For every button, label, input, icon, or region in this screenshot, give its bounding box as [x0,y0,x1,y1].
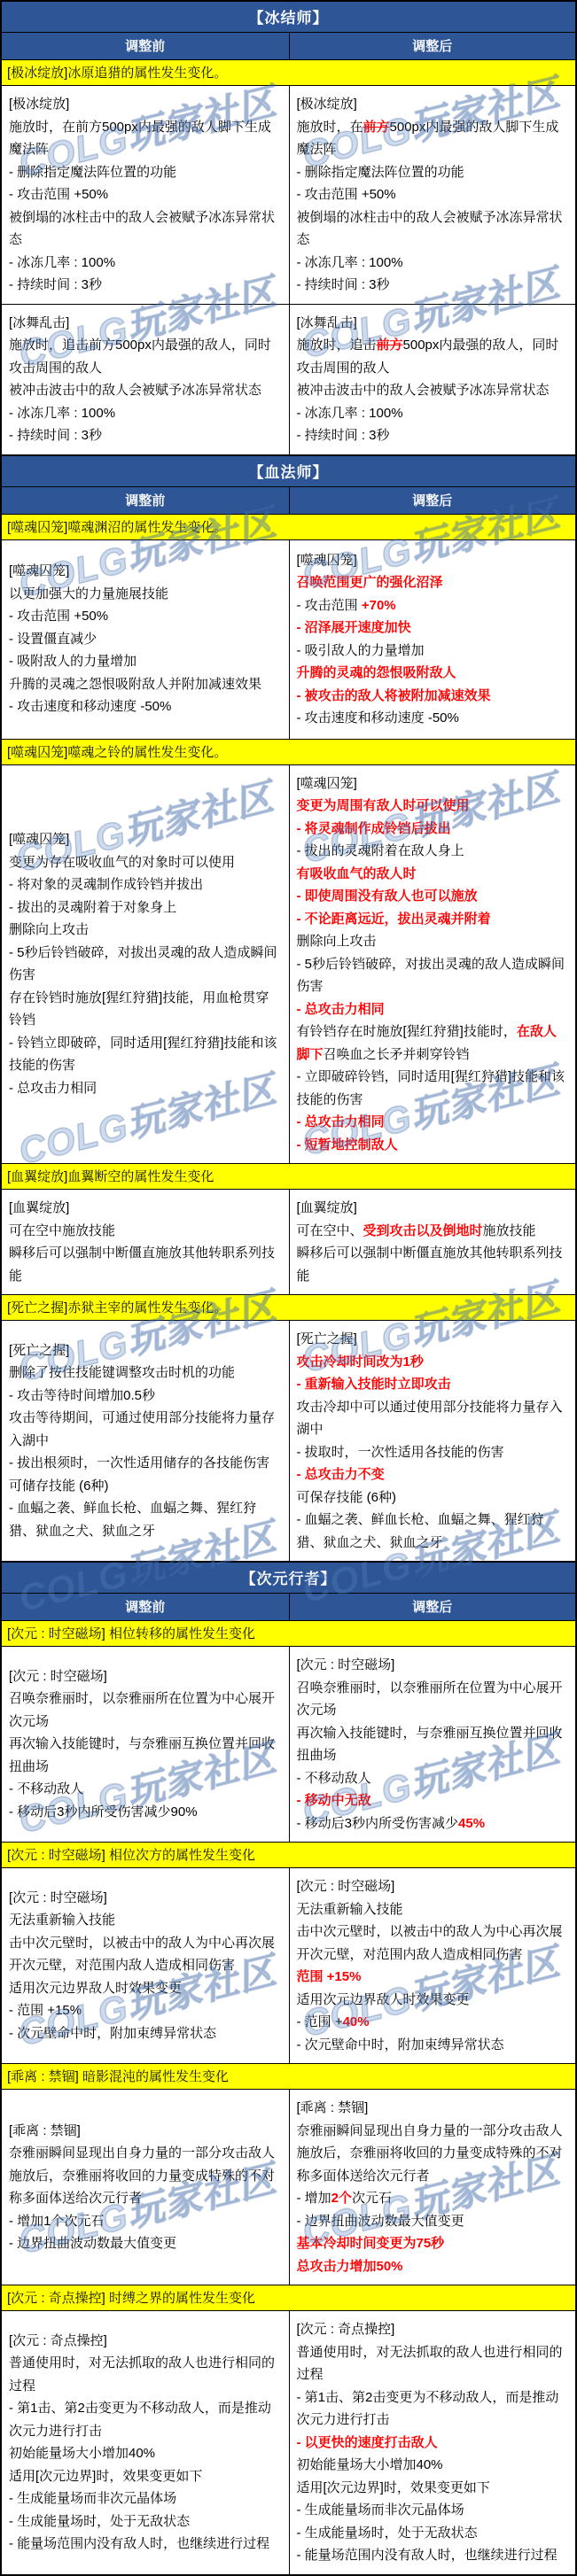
changed-text-segment: - 总攻击力相同 [297,1002,385,1017]
skill-line: - 铃铛立即破碎，同时适用[猩红狩猎]技能和该技能的伤害 [9,1032,282,1077]
skill-line: [死亡之握] [297,1328,569,1351]
comparison-row: [次元 : 奇点操控]普通使用时，对无法抓取的敌人也进行相同的过程- 第1击、第… [2,2311,575,2574]
after-cell: [次元 : 时空磁场]召唤奈雅丽时，以奈雅丽所在位置为中心展开次元场再次输入技能… [289,1647,576,1842]
text-segment: 奈雅丽瞬间显现出自身力量的一部分攻击敌人 [9,2145,275,2161]
skill-line: 可在空中施放技能 [9,1220,282,1243]
after-cell: [次元 : 奇点操控]普通使用时，对无法抓取的敌人也进行相同的过程- 第1击、第… [289,2311,576,2574]
text-segment: 施放后，奈雅丽将收回的力量变成特殊的不对称多面体送给次元行者 [9,2169,275,2207]
skill-line: 删除了按住技能键调整攻击时机的功能 [9,1362,282,1385]
changed-text-segment: 前方 [363,120,390,135]
text-segment: 无法重新输入技能 [297,1902,403,1917]
after-cell: [冰舞乱击]施放时，追击前方500px内最强的敌人，同时攻击周围的敌人被冲击波击… [289,305,576,454]
text-segment: - 持续时间 : 3秒 [297,428,390,443]
changed-text-segment: - 移动中无敌 [297,1793,371,1808]
skill-line: - 血蝠之袭、鲜血长枪、血蝠之舞、猩红狩猎、狱血之犬、狱血之牙 [9,1497,282,1542]
text-segment: - 范围 +15% [9,2003,82,2018]
skill-line: [次元 : 时空磁场] [297,1654,569,1677]
text-segment: [血翼绽放] [297,1200,357,1215]
patch-notes-page: 【冰结师】调整前调整后[极冰绽放]冰原追猎的属性发生变化。[极冰绽放]施放时，在… [0,0,577,2576]
skill-line: [次元 : 时空磁场] [297,1875,569,1898]
skill-line: [噬魂囚笼] [9,560,282,583]
skill-line: - 增加2个次元石 [297,2187,569,2210]
skill-line: - 立即破碎铃铛，同时适用[猩红狩猎]技能和该技能的伤害 [297,1066,569,1111]
changed-text-segment: - 重新输入技能时立即攻击 [297,1377,451,1392]
skill-line: 总攻击力增加50% [297,2255,569,2278]
skill-line: - 攻击范围 +50% [9,605,282,628]
skill-line: [噬魂囚笼] [297,549,569,572]
skill-line: 适用次元边界敌人时效果变更 [297,1989,569,2012]
text-segment: 被倒塌的冰柱击中的敌人会被赋予冰冻异常状态 [297,210,563,248]
text-segment: [次元 : 时空磁场] [297,1879,395,1894]
skill-line: 召唤奈雅丽时，以奈雅丽所在位置为中心展开次元场 [9,1688,282,1733]
changed-text-segment: 总攻击力增加50% [297,2259,403,2274]
skill-line: - 即使周围没有敌人也可以施放 [297,885,569,908]
before-cell: [死亡之握]删除了按住技能键调整攻击时机的功能- 攻击等待时间增加0.5秒攻击等… [2,1321,289,1561]
skill-line: - 5秒后铃铛破碎，对拔出灵魂的敌人造成瞬间伤害 [297,953,569,998]
skill-line: - 持续时间 : 3秒 [297,424,569,447]
text-segment: - 增加 [297,2191,331,2206]
change-note: [噬魂囚笼]噬魂渊沼的属性发生变化。 [2,515,575,540]
text-segment: - 生成能量场而非次元晶体场 [297,2502,464,2518]
text-segment: - 冰冻几率 : 100% [9,255,115,270]
text-segment: - 边界扭曲波动数最大值变更 [9,2236,176,2251]
skill-line: - 攻击速度和移动速度 -50% [297,707,569,730]
skill-line: - 拔取时，一次性适用各技能的伤害 [297,1441,569,1464]
text-segment: [次元 : 时空磁场] [297,1657,395,1672]
before-cell: [噬魂囚笼]变更为存在吸收血气的对象时可以使用- 将对象的灵魂制作成铃铛并拔出-… [2,765,289,1164]
comparison-row: [噬魂囚笼]以更加强大的力量施展技能- 攻击范围 +50%- 设置僵直减少- 吸… [2,540,575,740]
skill-line: 奈雅丽瞬间显现出自身力量的一部分攻击敌人 [9,2142,282,2165]
skill-line: - 能量场范围内没有敌人时，也继续进行过程 [9,2533,282,2556]
text-segment: 可在空中施放技能 [9,1223,115,1238]
text-segment: - 总攻击力相同 [9,1081,97,1096]
skill-line: - 能量场范围内没有敌人时，也继续进行过程 [297,2544,569,2567]
changed-text-segment: 基本冷却时间变更为75秒 [297,2236,445,2251]
skill-line: 施放后，奈雅丽将收回的力量变成特殊的不对称多面体送给次元行者 [297,2142,569,2187]
text-segment: 瞬移后可以强制中断僵直施放其他转职系列技能 [297,1245,563,1284]
patch-table: 【冰结师】调整前调整后[极冰绽放]冰原追猎的属性发生变化。[极冰绽放]施放时，在… [2,2,575,2574]
text-segment: 次元石 [352,2191,392,2206]
skill-line: 瞬移后可以强制中断僵直施放其他转职系列技能 [297,1242,569,1287]
skill-line: 适用次元边界敌人时效果变更 [9,1977,282,2000]
skill-line: - 将对象的灵魂制作成铃铛并拔出 [9,873,282,896]
text-segment: [血翼绽放] [9,1200,69,1215]
text-segment: 被倒塌的冰柱击中的敌人会被赋予冰冻异常状态 [9,210,275,248]
text-segment: [死亡之握] [297,1331,357,1346]
skill-line: - 冰冻几率 : 100% [9,252,282,275]
skill-line: 删除向上攻击 [9,919,282,942]
after-cell: [血翼绽放]可在空中、受到攻击以及倒地时施放技能瞬移后可以强制中断僵直施放其他转… [289,1190,576,1294]
skill-line: [冰舞乱击] [9,312,282,335]
comparison-row: [乖离 : 禁锢]奈雅丽瞬间显现出自身力量的一部分攻击敌人施放后，奈雅丽将收回的… [2,2090,575,2285]
text-segment: - 次元壁命中时，附加束缚异常状态 [9,2026,216,2041]
skill-line: 范围 +15% [297,1966,569,1989]
skill-line: [血翼绽放] [297,1197,569,1220]
before-cell: [冰舞乱击]施放时，追击前方500px内最强的敌人，同时攻击周围的敌人被冲击波击… [2,305,289,454]
col-header-after: 调整后 [289,1594,576,1620]
after-cell: [死亡之握]攻击冷却时间改为1秒- 重新输入技能时立即攻击攻击冷却中可以通过使用… [289,1321,576,1561]
text-segment: [噬魂囚笼] [9,563,69,578]
changed-text-segment: - 短暂地控制敌人 [297,1137,398,1152]
change-note: [血翼绽放]血翼断空的属性发生变化 [2,1164,575,1190]
skill-line: 攻击等待期间，可通过使用部分技能将力量存入湖中 [9,1407,282,1452]
skill-line: 无法重新输入技能 [9,1909,282,1932]
skill-line: - 生成能量场时，处于无敌状态 [297,2522,569,2545]
skill-line: - 持续时间 : 3秒 [297,274,569,297]
text-segment: 可储存技能 (6种) [9,1478,109,1494]
column-header-row: 调整前调整后 [2,1594,575,1621]
text-segment: 删除了按住技能键调整攻击时机的功能 [9,1365,235,1380]
before-cell: [极冰绽放]施放时，在前方500px内最强的敌人脚下生成魔法阵- 删除指定魔法阵… [2,86,289,304]
after-cell: [乖离 : 禁锢]奈雅丽瞬间显现出自身力量的一部分攻击敌人施放后，奈雅丽将收回的… [289,2090,576,2285]
skill-line: 击中次元壁时，以被击中的敌人为中心再次展开次元壁，对范围内敌人造成相同伤害 [9,1932,282,1977]
changed-text-segment: 召唤范围更广的强化沼泽 [297,575,443,590]
skill-line: 召唤奈雅丽时，以奈雅丽所在位置为中心展开次元场 [297,1677,569,1722]
skill-line: 召唤范围更广的强化沼泽 [297,571,569,594]
column-header-row: 调整前调整后 [2,487,575,515]
skill-line: - 不论距离远近，拔出灵魂并附着 [297,908,569,931]
skill-line: 被倒塌的冰柱击中的敌人会被赋予冰冻异常状态 [297,206,569,252]
col-header-after: 调整后 [289,487,576,514]
text-segment: - 生成能量场时，处于无敌状态 [9,2514,190,2529]
text-segment: 初始能量场大小增加40% [9,2446,155,2461]
text-segment: - 吸引敌人的力量增加 [297,643,425,658]
skill-line: 普通使用时，对无法抓取的敌人也进行相同的过程 [9,2352,282,2397]
skill-line: 被冲击波击中的敌人会被赋予冰冻异常状态 [297,379,569,402]
skill-line: - 生成能量场而非次元晶体场 [9,2487,282,2510]
text-segment: 普通使用时，对无法抓取的敌人也进行相同的过程 [9,2355,275,2394]
skill-line: - 次元壁命中时，附加束缚异常状态 [297,2034,569,2057]
text-segment: 可保存技能 (6种) [297,1490,397,1505]
text-segment: 再次输入技能键时，与奈雅丽互换位置并回收扭曲场 [9,1736,275,1774]
text-segment: 被冲击波击中的敌人会被赋予冰冻异常状态 [297,383,550,398]
skill-line: - 吸引敌人的力量增加 [297,640,569,663]
text-segment: - 生成能量场时，处于无敌状态 [297,2526,478,2541]
changed-text-segment: - 以更快的速度打击敌人 [297,2435,438,2450]
text-segment: 击中次元壁时，以被击中的敌人为中心再次展开次元壁，对范围内敌人造成相同伤害 [297,1924,563,1962]
text-segment: 瞬移后可以强制中断僵直施放其他转职系列技能 [9,1245,275,1284]
after-cell: [噬魂囚笼]变更为周围有敌人时可以使用- 将灵魂制作成铃铛后拔出- 拔出的灵魂附… [289,765,576,1164]
text-segment: 召唤血之长矛并刺穿铃铛 [324,1047,470,1062]
skill-line: 击中次元壁时，以被击中的敌人为中心再次展开次元壁，对范围内敌人造成相同伤害 [297,1920,569,1966]
skill-line: [噬魂囚笼] [9,828,282,851]
skill-line: 攻击冷却中可以通过使用部分技能将力量存入湖中 [297,1396,569,1441]
text-segment: [次元 : 奇点操控] [9,2333,107,2348]
text-segment: - 边界扭曲波动数最大值变更 [297,2214,464,2229]
comparison-row: [血翼绽放]可在空中施放技能瞬移后可以强制中断僵直施放其他转职系列技能[血翼绽放… [2,1190,575,1295]
text-segment: - 移动后3秒内所受伤害减少 [297,1816,459,1831]
text-segment: 适用次元边界敌人时效果变更 [9,1981,182,1996]
skill-line: - 以更快的速度打击敌人 [297,2432,569,2455]
text-segment: 被冲击波击中的敌人会被赋予冰冻异常状态 [9,383,261,398]
skill-line: [次元 : 时空磁场] [9,1665,282,1688]
skill-line: 有铃铛存在时施放[猩红狩猎]技能时，在敌人脚下召唤血之长矛并刺穿铃铛 [297,1020,569,1066]
change-note: [极冰绽放]冰原追猎的属性发生变化。 [2,60,575,86]
skill-line: - 持续时间 : 3秒 [9,274,282,297]
changed-text-segment: 有吸收血气的敌人时 [297,866,417,881]
after-cell: [极冰绽放]施放时，在前方500px内最强的敌人脚下生成魔法阵- 删除指定魔法阵… [289,86,576,304]
comparison-row: [冰舞乱击]施放时，追击前方500px内最强的敌人，同时攻击周围的敌人被冲击波击… [2,305,575,455]
after-cell: [次元 : 时空磁场]无法重新输入技能击中次元壁时，以被击中的敌人为中心再次展开… [289,1868,576,2063]
text-segment: 施放后，奈雅丽将收回的力量变成特殊的不对称多面体送给次元行者 [297,2145,563,2184]
text-segment: 施放技能 [483,1223,536,1238]
skill-line: - 第1击、第2击变更为不移动敌人，而是推动次元力进行打击 [9,2397,282,2442]
skill-line: - 拔出根须时，一次性适用储存的各技能伤害 [9,1452,282,1475]
skill-line: 可在空中、受到攻击以及倒地时施放技能 [297,1220,569,1243]
text-segment: 变更为存在吸收血气的对象时可以使用 [9,855,235,870]
text-segment: - 将对象的灵魂制作成铃铛并拔出 [9,877,203,892]
skill-line: - 沼泽展开速度加快 [297,617,569,640]
skill-line: - 移动后3秒内所受伤害减少90% [9,1801,282,1824]
changed-text-segment: - 被攻击的敌人将被附加减速效果 [297,688,491,703]
skill-line: - 总攻击力不变 [297,1463,569,1486]
skill-line: - 吸附敌人的力量增加 [9,650,282,673]
text-segment: - 冰冻几率 : 100% [9,406,115,421]
skill-line: 再次输入技能键时，与奈雅丽互换位置并回收扭曲场 [297,1722,569,1767]
text-segment: 攻击等待期间，可通过使用部分技能将力量存入湖中 [9,1410,275,1448]
skill-line: - 总攻击力相同 [9,1077,282,1100]
text-segment: - 冰冻几率 : 100% [297,255,403,270]
skill-line: - 生成能量场而非次元晶体场 [297,2499,569,2522]
text-segment: - 5秒后铃铛破碎，对拔出灵魂的敌人造成瞬间伤害 [297,957,565,995]
text-segment: - 能量场范围内没有敌人时，也继续进行过程 [9,2536,269,2551]
skill-line: - 不移动敌人 [297,1767,569,1790]
skill-line: - 攻击范围 +70% [297,594,569,617]
skill-line: - 范围 +15% [9,1999,282,2022]
skill-line: - 5秒后铃铛破碎，对拔出灵魂的敌人造成瞬间伤害 [9,942,282,987]
text-segment: - 移动后3秒内所受伤害减少90% [9,1804,198,1819]
comparison-row: [次元 : 时空磁场]召唤奈雅丽时，以奈雅丽所在位置为中心展开次元场再次输入技能… [2,1647,575,1843]
skill-line: 升腾的灵魂的怨恨吸附敌人 [297,662,569,685]
text-segment: 初始能量场大小增加40% [297,2457,443,2472]
text-segment: - 拔取时，一次性适用各技能的伤害 [297,1445,504,1460]
changed-text-segment: - 即使周围没有敌人也可以施放 [297,888,478,904]
text-segment: - 第1击、第2击变更为不移动敌人，而是推动次元力进行打击 [9,2401,271,2439]
skill-line: - 拔出的灵魂附着在敌人身上 [297,840,569,863]
text-segment: 可在空中、 [297,1223,363,1238]
text-segment: 存在铃铛时施放[猩红狩猎]技能，用血枪贯穿铃铛 [9,990,269,1028]
text-segment: - 持续时间 : 3秒 [9,277,102,292]
skill-line: - 短暂地控制敌人 [297,1134,569,1157]
text-segment: - 不移动敌人 [9,1781,83,1796]
text-segment: [次元 : 奇点操控] [297,2322,395,2337]
col-header-before: 调整前 [2,487,289,514]
skill-line: [噬魂囚笼] [297,772,569,795]
before-cell: [次元 : 时空磁场]无法重新输入技能击中次元壁时，以被击中的敌人为中心再次展开… [2,1868,289,2063]
skill-line: - 移动中无敌 [297,1789,569,1812]
text-segment: - 血蝠之袭、鲜血长枪、血蝠之舞、猩红狩猎、狱血之犬、狱血之牙 [297,1512,544,1550]
skill-line: 瞬移后可以强制中断僵直施放其他转职系列技能 [9,1242,282,1287]
col-header-before: 调整前 [2,1594,289,1620]
text-segment: 再次输入技能键时，与奈雅丽互换位置并回收扭曲场 [297,1726,563,1764]
text-segment: 施放时，在前方500px内最强的敌人脚下生成魔法阵 [9,120,271,158]
changed-text-segment: 前方 [377,338,403,353]
skill-line: - 攻击范围 +50% [9,183,282,206]
text-segment: - 拔出的灵魂附着于对象身上 [9,900,176,915]
text-segment: - 血蝠之袭、鲜血长枪、血蝠之舞、猩红狩猎、狱血之犬、狱血之牙 [9,1501,256,1539]
before-cell: [乖离 : 禁锢]奈雅丽瞬间显现出自身力量的一部分攻击敌人施放后，奈雅丽将收回的… [2,2090,289,2285]
section-title: 【血法师】 [2,455,575,487]
text-segment: [次元 : 时空磁场] [9,1890,107,1905]
text-segment: - 删除指定魔法阵位置的功能 [9,165,176,180]
skill-line: 初始能量场大小增加40% [297,2454,569,2477]
skill-line: - 总攻击力相同 [297,998,569,1021]
skill-line: [次元 : 奇点操控] [297,2318,569,2341]
change-note: [次元 : 时空磁场] 相位次方的属性发生变化 [2,1843,575,1868]
skill-line: 施放时，在前方500px内最强的敌人脚下生成魔法阵 [9,116,282,161]
skill-line: - 冰冻几率 : 100% [9,402,282,425]
skill-line: 以更加强大的力量施展技能 [9,583,282,606]
text-segment: [死亡之握] [9,1343,69,1358]
before-cell: [噬魂囚笼]以更加强大的力量施展技能- 攻击范围 +50%- 设置僵直减少- 吸… [2,540,289,739]
text-segment: - 持续时间 : 3秒 [9,428,102,443]
skill-line: 无法重新输入技能 [297,1898,569,1921]
changed-text-segment: 升腾的灵魂的怨恨吸附敌人 [297,665,456,680]
text-segment: - 攻击范围 +50% [9,187,108,202]
text-segment: - 5秒后铃铛破碎，对拔出灵魂的敌人造成瞬间伤害 [9,945,277,983]
skill-line: - 被攻击的敌人将被附加减速效果 [297,685,569,708]
skill-line: 施放后，奈雅丽将收回的力量变成特殊的不对称多面体送给次元行者 [9,2165,282,2210]
text-segment: - 攻击范围 +50% [9,609,108,624]
text-segment: 适用次元边界敌人时效果变更 [297,1992,470,2007]
before-cell: [次元 : 时空磁场]召唤奈雅丽时，以奈雅丽所在位置为中心展开次元场再次输入技能… [2,1647,289,1842]
skill-line: [乖离 : 禁锢] [297,2097,569,2120]
skill-line: 被冲击波击中的敌人会被赋予冰冻异常状态 [9,379,282,402]
text-segment: 召唤奈雅丽时，以奈雅丽所在位置为中心展开次元场 [297,1680,563,1719]
skill-line: - 冰冻几率 : 100% [297,402,569,425]
skill-line: 攻击冷却时间改为1秒 [297,1351,569,1374]
text-segment: [乖离 : 禁锢] [9,2123,81,2138]
skill-line: - 攻击等待时间增加0.5秒 [9,1385,282,1408]
changed-text-segment: 45% [458,1816,485,1831]
skill-line: - 将灵魂制作成铃铛后拔出 [297,818,569,841]
changed-text-segment: - 不论距离远近，拔出灵魂并附着 [297,912,491,927]
changed-text-segment: - 总攻击力不变 [297,1467,385,1482]
text-segment: - 生成能量场而非次元晶体场 [9,2491,176,2506]
text-segment: - 第1击、第2击变更为不移动敌人，而是推动次元力进行打击 [297,2390,559,2428]
skill-line: - 持续时间 : 3秒 [9,424,282,447]
column-header-row: 调整前调整后 [2,33,575,60]
changed-text-segment: - 总攻击力相同 [297,1114,385,1129]
skill-line: - 设置僵直减少 [9,628,282,651]
col-header-after: 调整后 [289,33,576,59]
skill-line: 变更为周围有敌人时可以使用 [297,795,569,818]
change-note: [死亡之握]赤狱主宰的属性发生变化。 [2,1295,575,1321]
text-segment: [次元 : 时空磁场] [9,1669,107,1684]
skill-line: [次元 : 时空磁场] [9,1887,282,1910]
text-segment: - 冰冻几率 : 100% [297,406,403,421]
changed-text-segment: 范围 +15% [297,1969,362,1984]
skill-line: 适用[次元边界]时，效果变更如下 [9,2465,282,2488]
text-segment: - 增加1个次元石 [9,2214,105,2229]
skill-line: 存在铃铛时施放[猩红狩猎]技能，用血枪贯穿铃铛 [9,987,282,1032]
text-segment: 以更加强大的力量施展技能 [9,586,168,601]
text-segment: - 攻击速度和移动速度 -50% [9,699,171,714]
skill-line: - 范围 +40% [297,2011,569,2034]
text-segment: - 能量场范围内没有敌人时，也继续进行过程 [297,2548,558,2563]
comparison-row: [噬魂囚笼]变更为存在吸收血气的对象时可以使用- 将对象的灵魂制作成铃铛并拔出-… [2,765,575,1165]
skill-line: - 重新输入技能时立即攻击 [297,1373,569,1396]
text-segment: - 攻击范围 [297,598,362,613]
text-segment: - 拔出根须时，一次性适用储存的各技能伤害 [9,1455,269,1470]
text-segment: 施放时，追击前方500px内最强的敌人，同时攻击周围的敌人 [9,338,271,376]
text-segment: 适用[次元边界]时，效果变更如下 [297,2480,490,2495]
skill-line: 施放时，追击前方500px内最强的敌人，同时攻击周围的敌人 [297,334,569,379]
skill-line: [次元 : 奇点操控] [9,2330,282,2353]
text-segment: 升腾的灵魂之怨恨吸附敌人并附加减速效果 [9,677,261,692]
text-segment: - 攻击等待时间增加0.5秒 [9,1388,155,1403]
skill-line: 施放时，在前方500px内最强的敌人脚下生成魔法阵 [297,116,569,161]
skill-line: [血翼绽放] [9,1197,282,1220]
text-segment: [极冰绽放] [9,97,69,112]
text-segment: - 攻击速度和移动速度 -50% [297,710,459,725]
text-segment: - 范围 + [297,2014,343,2029]
changed-text-segment: +70% [362,598,396,613]
changed-text-segment: 2个 [331,2191,352,2206]
text-segment: [冰舞乱击] [297,315,357,330]
skill-line: - 生成能量场时，处于无敌状态 [9,2510,282,2533]
skill-line: - 冰冻几率 : 100% [297,252,569,275]
skill-line: - 第1击、第2击变更为不移动敌人，而是推动次元力进行打击 [297,2386,569,2432]
skill-line: 可储存技能 (6种) [9,1475,282,1498]
skill-line: 删除向上攻击 [297,930,569,953]
skill-line: 被倒塌的冰柱击中的敌人会被赋予冰冻异常状态 [9,206,282,252]
change-note: [乖离 : 禁锢] 暗影混沌的属性发生变化 [2,2064,575,2090]
skill-line: 升腾的灵魂之怨恨吸附敌人并附加减速效果 [9,673,282,696]
skill-line: - 次元壁命中时，附加束缚异常状态 [9,2022,282,2045]
text-segment: [极冰绽放] [297,97,357,112]
skill-line: 可保存技能 (6种) [297,1486,569,1509]
text-segment: - 拔出的灵魂附着在敌人身上 [297,843,464,858]
skill-line: [极冰绽放] [9,93,282,116]
text-segment: 施放时，在 [297,120,363,135]
skill-line: 有吸收血气的敌人时 [297,863,569,886]
text-segment: 施放时，追击 [297,338,377,353]
skill-line: - 总攻击力相同 [297,1111,569,1134]
skill-line: [死亡之握] [9,1339,282,1362]
change-note: [次元 : 时空磁场] 相位转移的属性发生变化 [2,1621,575,1647]
changed-text-segment: - 沼泽展开速度加快 [297,620,411,635]
skill-line: - 拔出的灵魂附着于对象身上 [9,896,282,919]
text-segment: [冰舞乱击] [9,315,69,330]
skill-line: 普通使用时，对无法抓取的敌人也进行相同的过程 [297,2341,569,2386]
skill-line: 基本冷却时间变更为75秒 [297,2232,569,2255]
skill-line: - 增加1个次元石 [9,2210,282,2233]
text-segment: - 持续时间 : 3秒 [297,277,390,292]
text-segment: 无法重新输入技能 [9,1913,115,1928]
skill-line: 奈雅丽瞬间显现出自身力量的一部分攻击敌人 [297,2120,569,2143]
skill-line: [极冰绽放] [297,93,569,116]
change-note: [次元 : 奇点操控] 时缚之界的属性发生变化 [2,2285,575,2311]
text-segment: - 攻击范围 +50% [297,187,396,202]
skill-line: [乖离 : 禁锢] [9,2120,282,2143]
skill-line: 再次输入技能键时，与奈雅丽互换位置并回收扭曲场 [9,1733,282,1778]
section-title: 【次元行者】 [2,1562,575,1594]
text-segment: [噬魂囚笼] [9,832,69,847]
text-segment: 删除向上攻击 [9,922,89,937]
text-segment: 删除向上攻击 [297,934,377,949]
section-title: 【冰结师】 [2,2,575,33]
changed-text-segment: 40% [343,2014,370,2029]
text-segment: 攻击冷却中可以通过使用部分技能将力量存入湖中 [297,1400,563,1438]
text-segment: 击中次元壁时，以被击中的敌人为中心再次展开次元壁，对范围内敌人造成相同伤害 [9,1936,275,1974]
changed-text-segment: - 将灵魂制作成铃铛后拔出 [297,821,451,836]
text-segment: - 铃铛立即破碎，同时适用[猩红狩猎]技能和该技能的伤害 [9,1036,277,1074]
skill-line: - 攻击速度和移动速度 -50% [9,695,282,718]
comparison-row: [次元 : 时空磁场]无法重新输入技能击中次元壁时，以被击中的敌人为中心再次展开… [2,1868,575,2064]
skill-line: - 移动后3秒内所受伤害减少45% [297,1812,569,1835]
before-cell: [次元 : 奇点操控]普通使用时，对无法抓取的敌人也进行相同的过程- 第1击、第… [2,2311,289,2574]
